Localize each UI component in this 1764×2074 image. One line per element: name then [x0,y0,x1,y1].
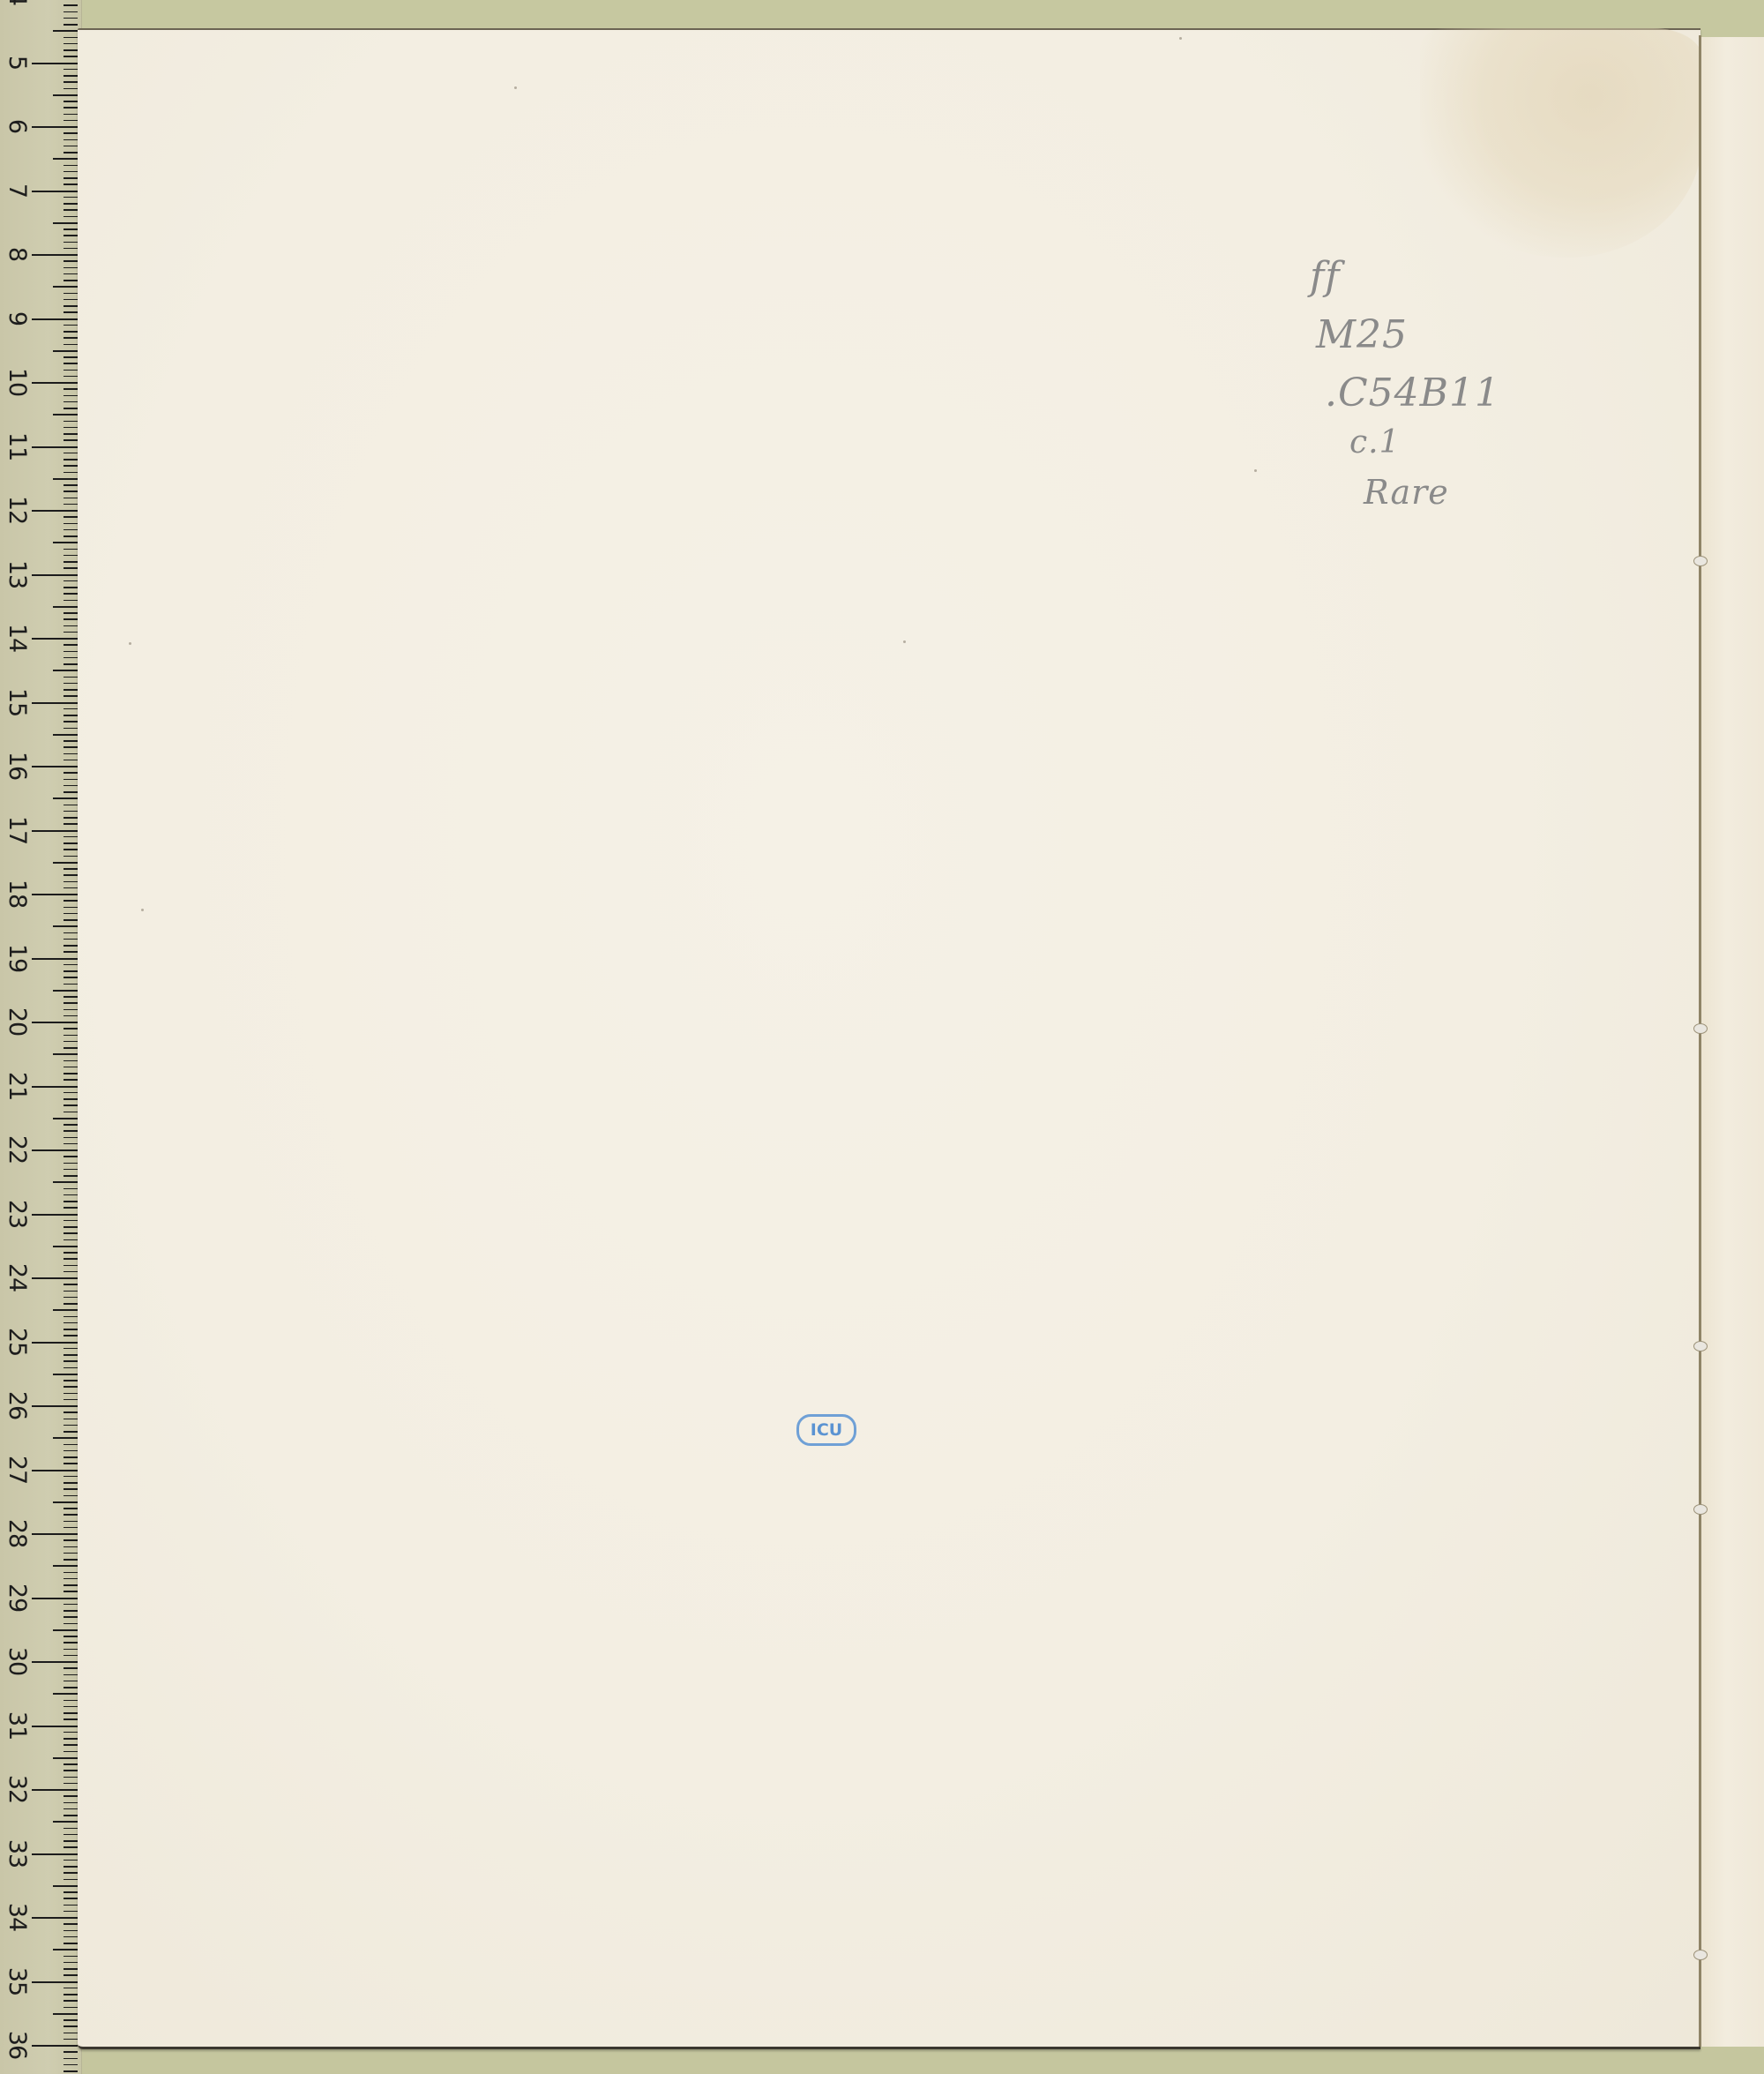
ruler-tick [64,1098,78,1100]
ruler-tick [64,772,78,774]
ruler-tick [64,465,78,467]
ruler-tick [64,337,78,339]
ruler-tick [64,228,78,230]
ruler-tick [64,689,78,691]
library-stamp: ICU [796,1414,856,1446]
ruler-tick [64,43,78,45]
adjacent-leaf [1700,37,1764,2047]
ruler-tick [64,24,78,26]
ruler-tick [64,932,78,934]
ruler-tick [64,453,78,454]
ruler-tick [64,101,78,102]
ruler-tick [64,1905,78,1906]
ruler-tick [53,414,78,416]
ruler-tick [64,11,78,13]
ruler-tick [64,139,78,141]
ruler-tick [64,785,78,787]
ruler-tick [64,1002,78,1004]
ruler-label: 9 [4,303,30,333]
ruler-tick [64,1411,78,1413]
ruler-tick [64,1252,78,1254]
ruler-tick [64,549,78,550]
ruler-tick [64,363,78,364]
ruler-tick [64,823,78,825]
ruler-tick [64,1604,78,1606]
ruler-tick [64,2051,78,2053]
ruler-tick [64,1124,78,1126]
ruler-tick [64,1425,78,1426]
ruler-tick [53,222,78,224]
ruler-tick [64,1226,78,1228]
ruler-tick [64,625,78,627]
ruler-label: 6 [4,111,30,141]
ruler-tick [64,856,78,857]
ruler-tick [64,1936,78,1938]
ruler-tick [64,421,78,423]
ruler-tick [64,1156,78,1157]
ruler-tick [64,1974,78,1976]
ruler-tick [64,146,78,147]
ruler-tick [64,1188,78,1190]
ruler-tick [64,1220,78,1222]
ruler-tick [64,984,78,985]
ruler-tick [64,1706,78,1708]
ruler-tick [32,126,78,128]
ruler-tick [64,273,78,275]
ruler-tick [64,874,78,876]
ruler-tick [64,612,78,614]
ruler-tick [64,498,78,499]
ruler-label: 32 [4,1774,30,1804]
ruler-tick [64,881,78,883]
ruler-tick [64,657,78,659]
ruler-tick [64,1232,78,1234]
ruler-tick [64,1035,78,1037]
ruler-tick [64,1783,78,1785]
ruler-label: 35 [4,1966,30,1996]
ruler-tick [64,1291,78,1292]
ruler-tick [64,1610,78,1612]
ruler-tick [64,1444,78,1446]
ruler-tick [32,1470,78,1471]
ruler-tick [53,2013,78,2015]
ruler-tick [64,600,78,602]
ruler-tick [64,1840,78,1842]
ruler-label: 31 [4,1711,30,1741]
ruler-tick [64,260,78,262]
ruler-tick [64,2025,78,2027]
binding-stitch [1693,1023,1708,1034]
ruler-tick [64,114,78,116]
ruler-tick [64,280,78,281]
ruler-tick [64,1399,78,1401]
ruler-tick [64,152,78,153]
ruler-tick [64,49,78,51]
ruler-tick [53,797,78,799]
ruler-tick [64,1201,78,1202]
ruler-label: 21 [4,1071,30,1101]
ruler-tick [64,18,78,19]
ruler-tick [53,286,78,288]
ruler-tick [64,1194,78,1196]
ruler-tick [64,900,78,902]
binding-fold [1699,35,1701,2047]
ruler-tick [64,1367,78,1369]
ruler-tick [64,1879,78,1881]
ruler-tick [64,516,78,518]
ruler-tick [64,1815,78,1816]
ruler-label: 24 [4,1262,30,1292]
ruler-tick [53,606,78,608]
binding-stitch [1693,1504,1708,1515]
ruler-tick [64,945,78,947]
ruler-tick [64,1316,78,1318]
ruler-tick [64,1712,78,1714]
ruler-tick [64,715,78,716]
ruler-label: 8 [4,239,30,269]
ruler-tick [64,1488,78,1490]
ruler-tick [64,561,78,563]
ruler-tick [64,555,78,557]
ruler-tick [64,427,78,429]
ruler-tick [64,1297,78,1299]
ruler-tick [64,1047,78,1049]
ruler-tick [64,1763,78,1765]
ruler-tick [64,1655,78,1657]
ruler-tick [64,907,78,909]
ruler-tick [32,830,78,832]
ruler-tick [64,37,78,39]
ruler-tick [64,1015,78,1017]
ruler-tick [64,1482,78,1484]
ruler-tick [64,836,78,838]
ruler-tick [64,1521,78,1523]
ruler-tick [53,1374,78,1375]
ruler-label: 28 [4,1518,30,1548]
ruler-tick [64,746,78,748]
ruler-tick [64,235,78,236]
ruler-tick [64,209,78,211]
ruler-tick [64,376,78,378]
ruler-tick [64,56,78,57]
ruler-tick [64,535,78,537]
ruler-tick [64,331,78,333]
ruler-tick [64,242,78,243]
ruler-tick [64,1943,78,1944]
ruler-label: 11 [4,431,30,461]
ruler-tick [64,1732,78,1733]
ruler-tick [32,574,78,576]
ruler-tick [53,1693,78,1695]
ruler-tick [64,593,78,595]
ruler-tick [64,1348,78,1350]
ruler-tick [64,1419,78,1420]
ruler-tick [64,165,78,167]
ruler-tick [64,1271,78,1273]
ruler-tick [64,1527,78,1529]
ruler-tick [64,132,78,134]
ruler-tick [64,1687,78,1688]
ruler-tick [32,958,78,960]
ruler-tick [64,2007,78,2009]
ruler-tick [32,1789,78,1791]
ruler-tick [32,1981,78,1983]
ruler-tick [64,1284,78,1285]
ruler-tick [64,2019,78,2021]
ruler-label: 30 [4,1646,30,1676]
ruler-tick [64,395,78,397]
ruler-tick [64,618,78,620]
ruler-tick [64,1207,78,1209]
ruler-tick [64,1539,78,1541]
ruler-tick [32,1726,78,1727]
ruler-tick [64,1584,78,1586]
ruler-tick [64,88,78,90]
ruler-tick [64,663,78,665]
ruler-tick [64,939,78,940]
ruler-tick [64,1802,78,1804]
paper-speck [514,86,517,89]
ruler-tick [64,107,78,109]
ruler-tick [64,1067,78,1068]
ruler-tick [64,1616,78,1618]
ruler-tick [32,702,78,704]
ruler-tick [64,1866,78,1868]
ruler-tick [64,1175,78,1177]
ruler-tick [64,2058,78,2060]
paper-speck [1179,37,1182,40]
ruler-tick [64,75,78,77]
ruler-label: 15 [4,687,30,717]
call-number-line: M25 [1316,314,1500,356]
ruler-tick [32,1853,78,1855]
ruler-tick [64,1354,78,1356]
ruler-tick [64,996,78,998]
ruler-tick [64,370,78,371]
ruler-tick [64,216,78,218]
ruler-tick [64,964,78,966]
ruler-tick [64,1393,78,1395]
ruler-tick [64,1559,78,1561]
paper-speck [129,642,131,645]
ruler-tick [64,305,78,307]
ruler-tick [64,1636,78,1637]
ruler-tick [53,1501,78,1503]
ruler-tick [64,1930,78,1932]
ruler-tick [64,1456,78,1458]
ruler-tick [64,171,78,173]
ruler-tick [64,887,78,889]
ruler-tick [64,587,78,588]
ruler-tick [64,977,78,978]
ruler-tick [53,1949,78,1950]
ruler-tick [53,158,78,160]
ruler-tick [64,2064,78,2066]
ruler-tick [64,1738,78,1740]
ruler-tick [53,1053,78,1055]
ruler-tick [32,894,78,895]
ruler-tick [32,1533,78,1535]
ruler-label: 5 [4,48,30,78]
ruler-label: 27 [4,1455,30,1485]
ruler-tick [64,408,78,409]
ruler-tick [64,1572,78,1574]
ruler-tick [64,567,78,569]
ruler-tick [32,1917,78,1919]
ruler-label: 34 [4,1902,30,1932]
ruler-label: 4 [4,0,30,13]
ruler-tick [64,183,78,185]
ruler-tick [64,2033,78,2034]
ruler-tick [64,1112,78,1113]
ruler-tick [32,766,78,767]
ruler-tick [64,1667,78,1669]
ruler-tick [64,1303,78,1305]
ruler-tick [64,1956,78,1958]
ruler-tick [64,504,78,505]
binding-stitch [1693,1341,1708,1351]
ruler-tick [64,344,78,346]
ruler-tick [64,1329,78,1330]
ruler-tick [64,484,78,486]
ruler-tick [64,1578,78,1580]
ruler-label: 19 [4,943,30,973]
ruler-tick [64,401,78,403]
ruler-tick [64,529,78,531]
ruler-tick [64,299,78,301]
ruler-label: 14 [4,623,30,653]
ruler-tick [53,734,78,736]
ruler-tick [64,177,78,179]
ruler-tick [64,1239,78,1241]
ruler-label: 26 [4,1390,30,1420]
ruler-tick [64,919,78,921]
ruler-tick [64,1795,78,1797]
ruler-tick [64,267,78,269]
ruler-tick [53,1821,78,1823]
ruler-label: 25 [4,1327,30,1357]
ruler-tick [32,318,78,320]
ruler-tick [64,293,78,295]
ruler-tick [64,1751,78,1753]
ruler-tick [32,510,78,512]
ruler-tick [64,311,78,313]
ruler-tick [64,760,78,761]
ruler-tick [53,1437,78,1439]
ruler-tick [64,1834,78,1836]
ruler-tick [53,1118,78,1119]
ruler-tick [64,1988,78,1989]
ruler-label: 23 [4,1199,30,1229]
ruler-label: 20 [4,1007,30,1037]
ruler-tick [64,197,78,198]
ruler-tick [64,1104,78,1106]
ruler-tick [53,30,78,32]
ruler-tick [32,1342,78,1344]
ruler-tick [64,1092,78,1094]
ruler-tick [64,69,78,71]
ruler-tick [64,1514,78,1516]
ruler-tick [64,1463,78,1464]
ruler-tick [64,1828,78,1830]
ruler-tick [64,1041,78,1043]
call-number-line: Rare [1364,471,1500,513]
ruler-tick [64,1770,78,1771]
ruler-tick [64,695,78,697]
ruler-tick [64,779,78,781]
ruler-label: 33 [4,1838,30,1868]
ruler-label: 17 [4,815,30,845]
pencil-call-number: ff M25 .C54B11 c.1 Rare [1305,256,1500,513]
ruler-tick [64,1508,78,1509]
ruler-tick [64,325,78,326]
ruler-tick [64,1591,78,1592]
ruler-tick [64,1553,78,1554]
ruler-tick [64,4,78,6]
ruler-tick [53,94,78,96]
ruler-tick [64,644,78,646]
ruler-tick [64,728,78,730]
ruler-tick [64,439,78,441]
ruler-tick [64,388,78,390]
ruler-tick [64,580,78,582]
ruler-tick [64,1386,78,1388]
ruler-label: 12 [4,495,30,525]
ruler-tick [64,2070,78,2072]
ruler-tick [64,1898,78,1899]
ruler-tick [64,1700,78,1702]
water-stain [1420,28,1702,258]
ruler-tick [64,2039,78,2040]
ruler-tick [64,472,78,474]
ruler-tick [64,1674,78,1676]
ruler-tick [64,842,78,844]
ruler-tick [64,817,78,819]
ruler-tick [64,1911,78,1913]
ruler-tick [64,1649,78,1651]
ruler-tick [64,849,78,850]
ruler-tick [64,1891,78,1893]
ruler-tick [64,81,78,83]
ruler-tick [64,1322,78,1324]
ruler-tick [32,1661,78,1663]
ruler-tick [64,1623,78,1625]
call-number-line: c.1 [1349,422,1500,464]
ruler-tick [64,753,78,755]
ruler-tick [53,1181,78,1183]
ruler-label: 29 [4,1583,30,1613]
ruler-tick [53,1885,78,1887]
ruler-tick [64,868,78,870]
ruler-tick [32,382,78,384]
ruler-label: 36 [4,2030,30,2060]
ruler-tick [64,1431,78,1433]
ruler-tick [64,708,78,710]
ruler-tick [64,811,78,812]
ruler-tick [64,1968,78,1970]
ruler-tick [64,433,78,435]
ruler-tick [53,862,78,864]
ruler-tick [64,1060,78,1062]
ruler-tick [64,721,78,723]
ruler-tick [64,1360,78,1362]
ruler-tick [64,791,78,793]
ruler-tick [64,1642,78,1643]
ruler-tick [64,1923,78,1925]
ruler-tick [64,1265,78,1267]
ruler-tick [64,740,78,742]
ruler-tick [64,632,78,633]
